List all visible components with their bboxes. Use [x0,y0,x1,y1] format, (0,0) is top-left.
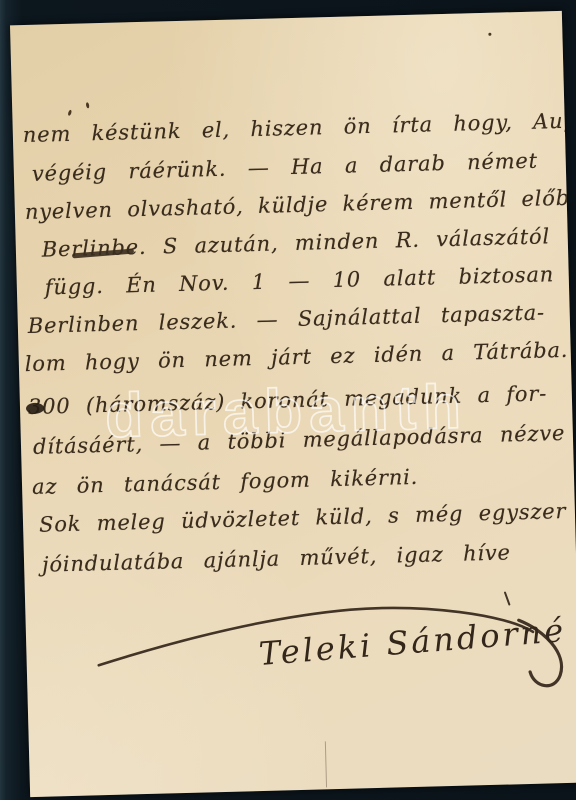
crease-mark [325,741,327,787]
letter-line: nem késtünk el, hiszen ön írta hogy, Aug [23,109,576,148]
watermark-text: darabanth [104,373,468,451]
ink-speck [67,110,72,117]
letter-line: jóindulatába ajánlja művét, igaz híve [42,540,511,576]
watermark: darabanth [104,362,576,465]
letter-line: végéig ráérünk. — Ha a darab német [32,149,539,186]
signature-name: Teleki Sándorné [257,611,567,673]
signature: Teleki Sándorné [80,583,574,746]
letter-line: nyelven olvasható, küldje kérem mentől e… [25,185,576,224]
ink-speck [488,33,491,36]
signature-accent [505,592,509,604]
letter-line: az ön tanácsát fogom kikérni. [32,465,419,499]
letter-line: Berlinben leszek. — Sajnálattal tapaszta… [28,300,546,338]
scan-background: nem késtünk el, hiszen ön írta hogy, Aug… [0,0,576,800]
letter-page: nem késtünk el, hiszen ön írta hogy, Aug… [10,11,576,797]
ink-speck [86,102,90,108]
letter-line: Berlinbe. S azután, minden R. válaszától [42,224,551,261]
letter-line: Sok meleg üdvözletet küld, s még egyszer [39,499,567,537]
letter-line: függ. Én Nov. 1 — 10 alatt biztosan [45,262,555,299]
